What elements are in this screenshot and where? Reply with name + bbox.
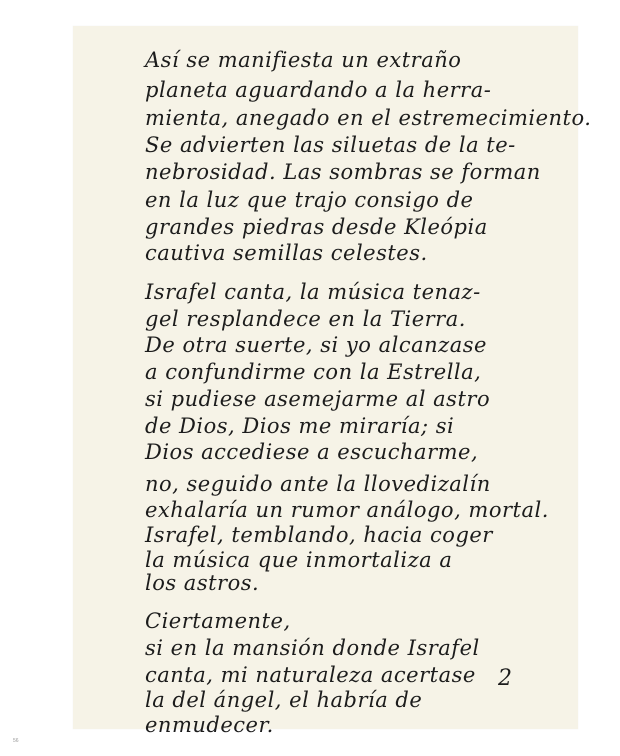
handwritten-line: Israfel, temblando, hacia coger <box>145 523 493 547</box>
handwritten-line: la música que inmortaliza a <box>145 548 452 572</box>
handwritten-line: planeta aguardando a la herra- <box>145 78 491 102</box>
handwritten-line: en la luz que trajo consigo de <box>145 188 473 212</box>
page-number: 2 <box>498 666 512 691</box>
handwritten-line: cautiva semillas celestes. <box>145 241 428 265</box>
handwritten-line: exhalaría un rumor análogo, mortal. <box>145 498 549 522</box>
handwritten-line: mienta, anegado en el estremecimiento. <box>145 106 591 130</box>
handwritten-line: de Dios, Dios me miraría; si <box>145 414 454 438</box>
handwritten-line: si pudiese asemejarme al astro <box>145 387 490 411</box>
handwritten-line: Israfel canta, la música tenaz- <box>145 280 481 304</box>
folio-number: 56 <box>13 738 19 744</box>
handwritten-line: no, seguido ante la llovedizalín <box>145 472 491 496</box>
handwritten-line: a confundirme con la Estrella, <box>145 360 481 384</box>
manuscript-page: Así se manifiesta un extraño planeta agu… <box>73 26 578 729</box>
handwritten-line: Ciertamente, <box>145 609 291 633</box>
handwritten-line: nebrosidad. Las sombras se forman <box>145 160 541 184</box>
handwritten-line: los astros. <box>145 571 259 595</box>
handwritten-line: la del ángel, el habría de <box>145 688 422 712</box>
handwritten-line: gel resplandece en la Tierra. <box>145 307 466 331</box>
handwritten-line: canta, mi naturaleza acertase <box>145 663 476 687</box>
handwritten-line: Se advierten las siluetas de la te- <box>145 133 516 157</box>
handwritten-line: Dios accediese a escucharme, <box>145 440 478 464</box>
handwritten-line: enmudecer. <box>145 713 274 737</box>
handwritten-line: De otra suerte, si yo alcanzase <box>145 333 487 357</box>
handwritten-line: si en la mansión donde Israfel <box>145 636 480 660</box>
handwritten-line: grandes piedras desde Kleópia <box>145 215 488 239</box>
handwritten-line: Así se manifiesta un extraño <box>145 48 461 72</box>
